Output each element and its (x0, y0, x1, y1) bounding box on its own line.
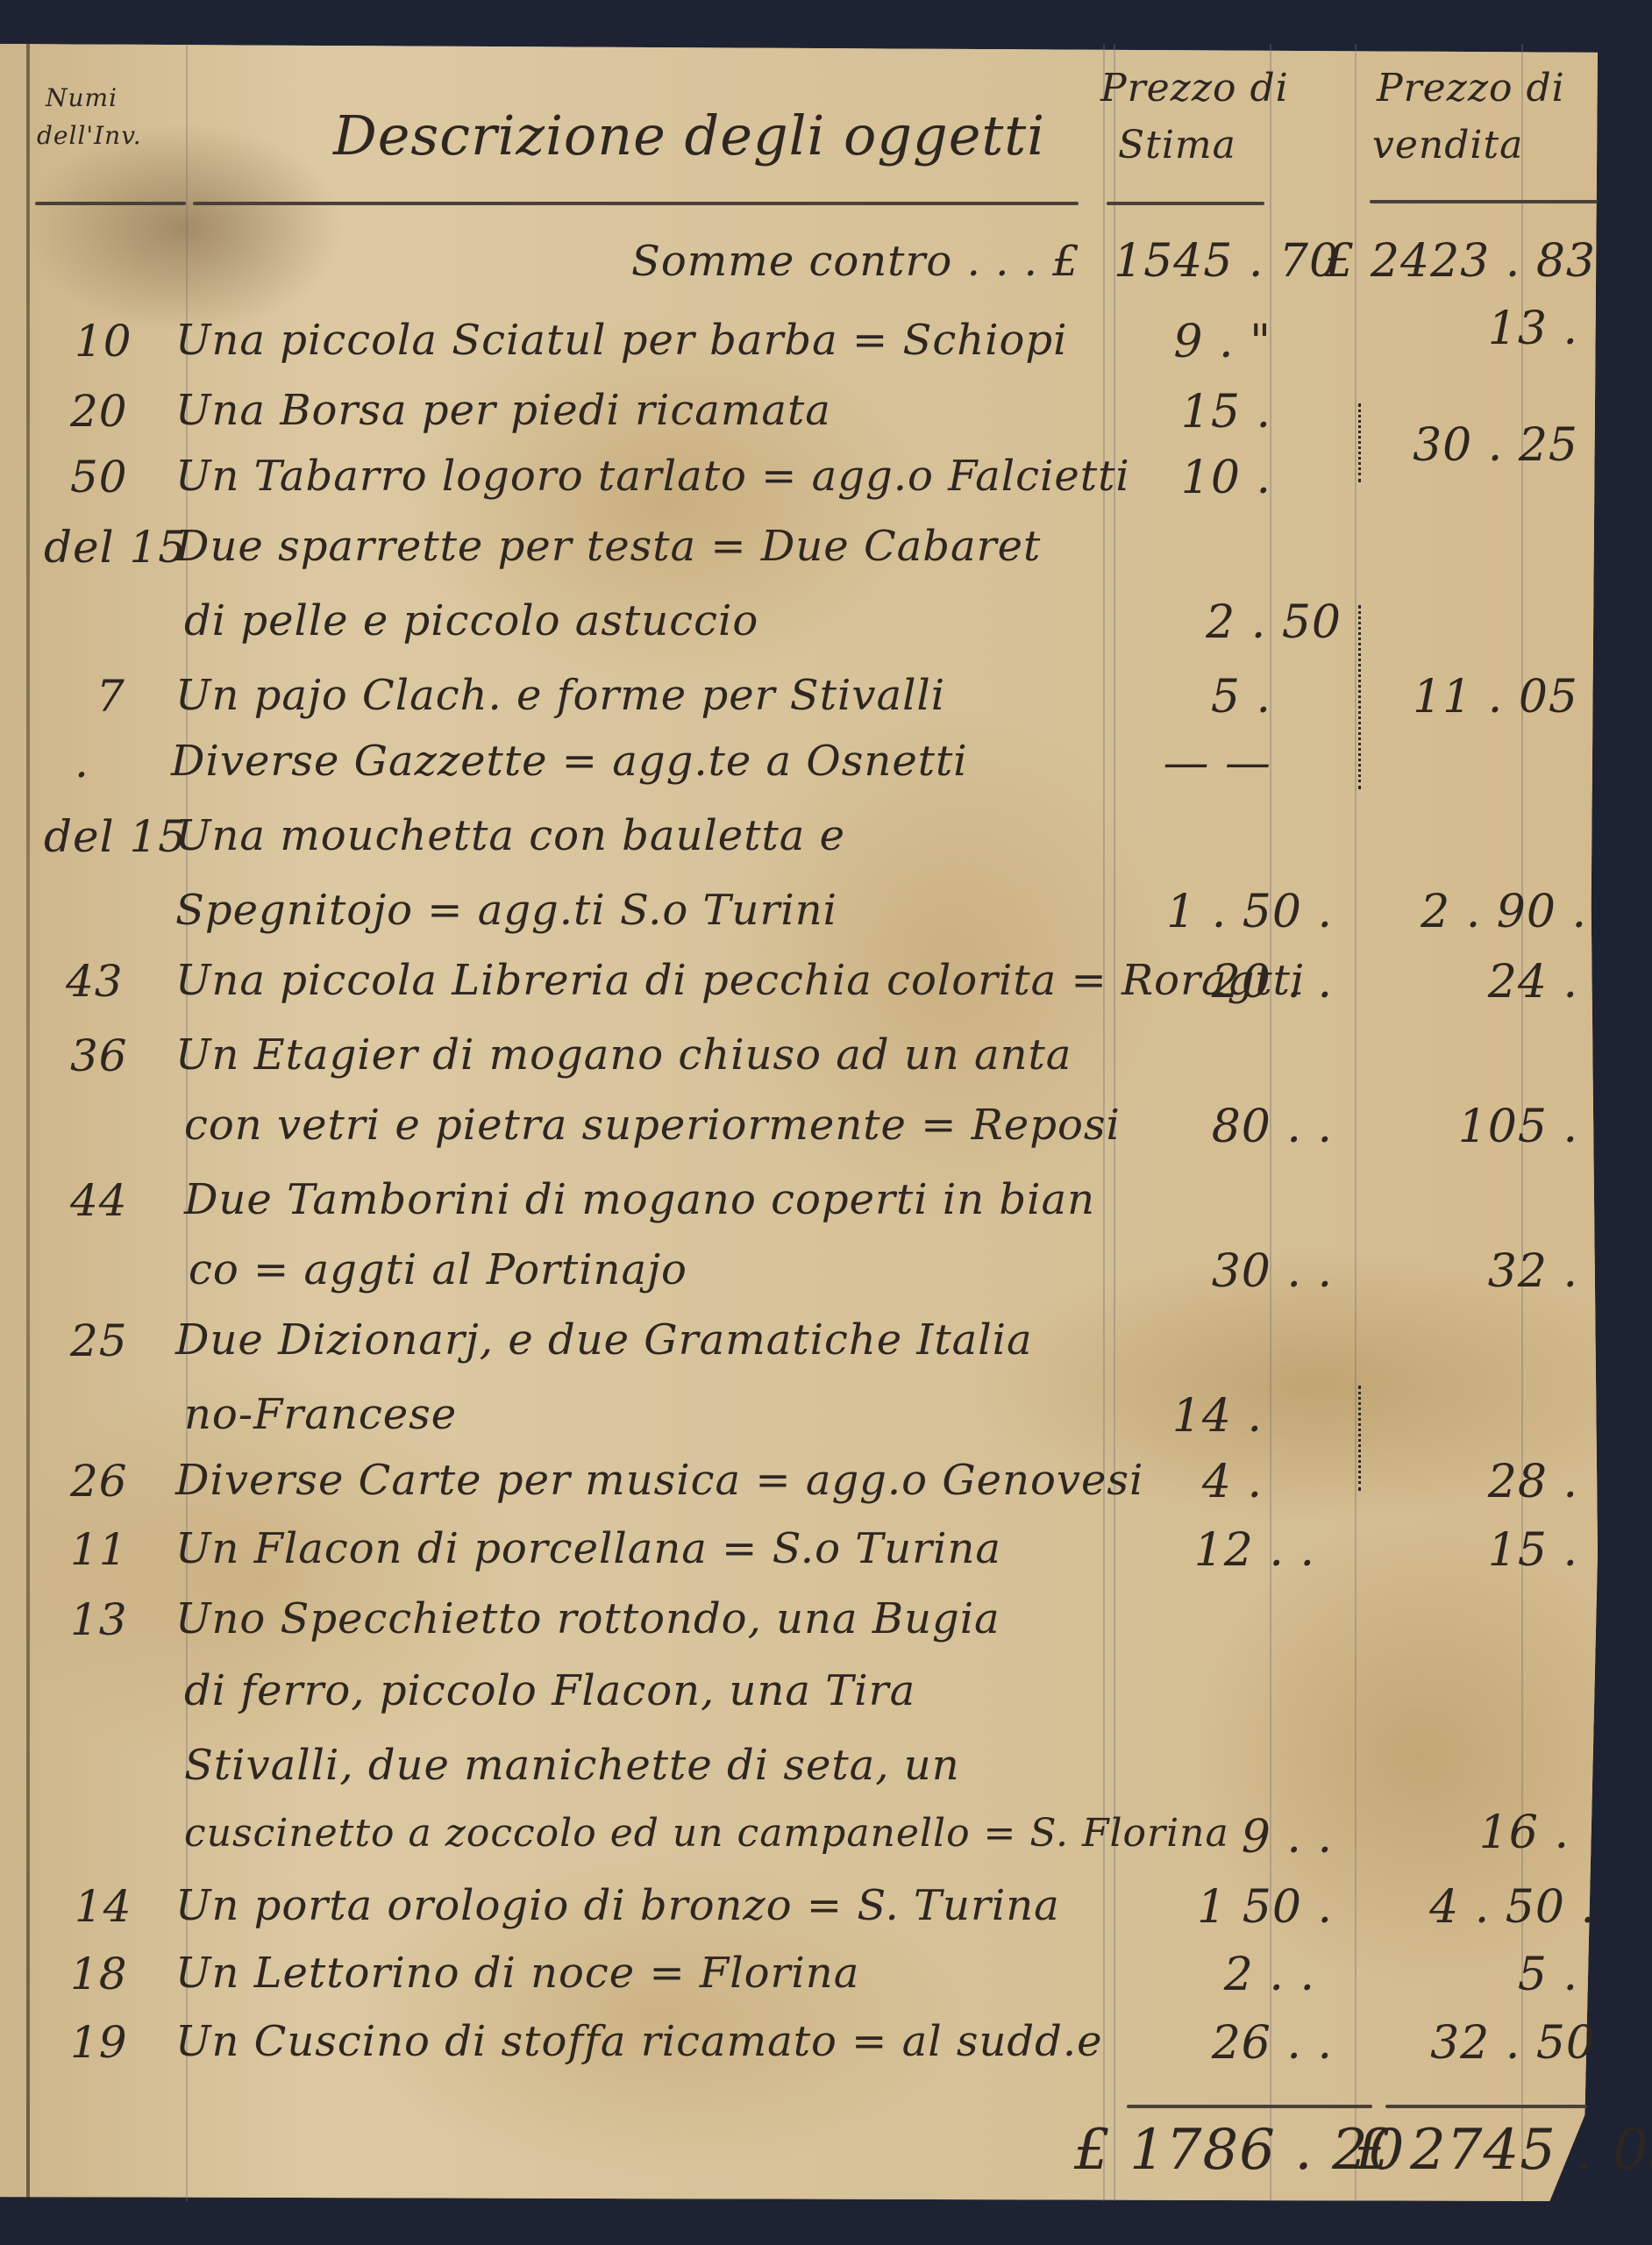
row-stima: 2 . 50 (1114, 596, 1342, 649)
row-vendita: 2 . 90 . (1368, 886, 1587, 938)
row-vendita: 32 . 50 (1368, 2017, 1596, 2070)
row-description: Una Borsa per piedi ricamata (175, 386, 831, 435)
row-stima: 15 . (1114, 386, 1271, 438)
page-fold (26, 44, 30, 2201)
row-stima: — — (1114, 737, 1271, 789)
row-num: 26 (70, 1456, 128, 1507)
row-vendita: 13 . (1368, 303, 1578, 355)
row-vendita: 11 . 05 (1368, 671, 1578, 723)
row-description: Due Dizionarj, e due Gramatiche Italia (175, 1315, 1033, 1365)
row-vendita: 5 . (1368, 1949, 1578, 2001)
row-stima: 5 . (1114, 671, 1271, 723)
row-stima: 26 . . (1140, 2017, 1333, 2070)
row-num: del 15 (44, 522, 187, 573)
row-description: Una piccola Sciatul per barba = Schiopi (175, 316, 1067, 365)
header-stima-line1: Prezzo di (1100, 66, 1289, 110)
row-stima: 20 . . (1140, 956, 1333, 1008)
row-description: di ferro, piccolo Flacon, una Tira (184, 1666, 915, 1715)
row-num: 50 (70, 452, 128, 502)
row-num: 18 (70, 1949, 128, 1999)
row-vendita: 105 . (1368, 1101, 1578, 1153)
row-stima: 1 50 . (1140, 1881, 1333, 1934)
row-num: 43 (66, 956, 124, 1007)
row-num: 14 (75, 1881, 132, 1932)
row-description: Stivalli, due manichette di seta, un (184, 1741, 960, 1790)
row-vendita: 16 . (1368, 1807, 1570, 1859)
header-underline (1370, 200, 1598, 203)
row-stima: 9 . . (1140, 1811, 1333, 1864)
carried-forward-stima: 1545 . 70 (1114, 235, 1271, 288)
row-description: Un porta orologio di bronzo = S. Turina (175, 1881, 1060, 1930)
row-num: 19 (70, 2017, 128, 2068)
carried-forward-vendita: £ 2423 . 83 (1263, 235, 1596, 288)
row-description: con vetri e pietra superiormente = Repos… (184, 1101, 1121, 1150)
row-stima: 14 . (1140, 1390, 1263, 1443)
row-num: 20 (70, 386, 128, 437)
row-description: no-Francese (184, 1390, 457, 1439)
row-description: Un Etagier di mogano chiuso ad un anta (175, 1030, 1072, 1080)
total-rule (1127, 2105, 1372, 2108)
row-num: 7 (96, 671, 125, 722)
row-stima: 10 . (1114, 452, 1271, 504)
total-vendita: £ 2745 . 03 (1355, 2118, 1652, 2183)
row-description: Un Lettorino di noce = Florina (175, 1949, 859, 1998)
bracket-mark (1346, 1386, 1361, 1491)
header-underline (35, 202, 186, 205)
row-description: Diverse Carte per musica = agg.o Genoves… (175, 1456, 1143, 1505)
row-num: 44 (70, 1175, 128, 1226)
row-num: 10 (75, 316, 132, 367)
header-vendita-line2: vendita (1372, 123, 1523, 167)
row-vendita: 28 . (1368, 1456, 1578, 1508)
row-stima: 80 . . (1140, 1101, 1333, 1153)
row-vendita: 4 . 50 . (1368, 1881, 1596, 1934)
row-description: Un Tabarro logoro tarlato = agg.o Falcie… (175, 452, 1130, 501)
row-num: 25 (70, 1315, 128, 1366)
row-description: Diverse Gazzette = agg.te a Osnetti (171, 737, 968, 786)
row-description: co = aggti al Portinajo (189, 1245, 687, 1294)
row-stima: 12 . . (1140, 1524, 1315, 1577)
row-stima: 30 . . (1140, 1245, 1333, 1298)
row-vendita: 32 . (1368, 1245, 1578, 1298)
row-stima: 1 . 50 . (1140, 886, 1333, 938)
row-description: Spegnitojo = agg.ti S.o Turini (175, 886, 837, 935)
header-num-line1: Numi (46, 83, 117, 112)
bracket-mark (1346, 403, 1361, 482)
header-num-line2: dell'Inv. (37, 121, 142, 150)
header-stima-line2: Stima (1118, 123, 1236, 167)
row-vendita: 30 . 25 (1368, 419, 1578, 472)
row-num: del 15 (44, 811, 187, 862)
carried-forward-label: Somme contro . . . £ (631, 237, 1080, 286)
row-num: 36 (70, 1030, 128, 1081)
total-rule (1385, 2105, 1587, 2108)
row-description: Uno Specchietto rottondo, una Bugia (175, 1594, 1000, 1643)
row-description: Un Cuscino di stoffa ricamato = al sudd.… (175, 2017, 1103, 2066)
row-description: Due Tamborini di mogano coperti in bian (184, 1175, 1095, 1224)
row-description: cuscinetto a zoccolo ed un campanello = … (184, 1811, 1229, 1856)
row-vendita: 15 . (1368, 1524, 1578, 1577)
row-description: Un Flacon di porcellana = S.o Turina (175, 1524, 1001, 1573)
header-underline (193, 202, 1079, 205)
row-num: 13 (70, 1594, 128, 1645)
row-vendita: 24 . (1368, 956, 1578, 1008)
row-stima: 2 . . (1140, 1949, 1315, 2001)
header-description: Descrizione degli oggetti (333, 103, 1045, 167)
row-description: Una mouchetta con bauletta e (175, 811, 845, 860)
row-num: . (75, 737, 89, 788)
row-description: Un pajo Clach. e forme per Stivalli (175, 671, 945, 720)
row-description: di pelle e piccolo astuccio (184, 596, 758, 645)
row-stima: 9 . " (1114, 316, 1271, 368)
bracket-mark (1346, 605, 1361, 789)
column-rule (1355, 44, 1356, 2201)
row-stima: 4 . (1140, 1456, 1263, 1508)
header-vendita-line1: Prezzo di (1377, 66, 1565, 110)
row-num: 11 (70, 1524, 128, 1575)
header-underline (1107, 202, 1264, 205)
row-description: Una piccola Libreria di pecchia colorita… (175, 956, 1305, 1005)
row-description: Due sparrette per testa = Due Cabaret (175, 522, 1041, 571)
